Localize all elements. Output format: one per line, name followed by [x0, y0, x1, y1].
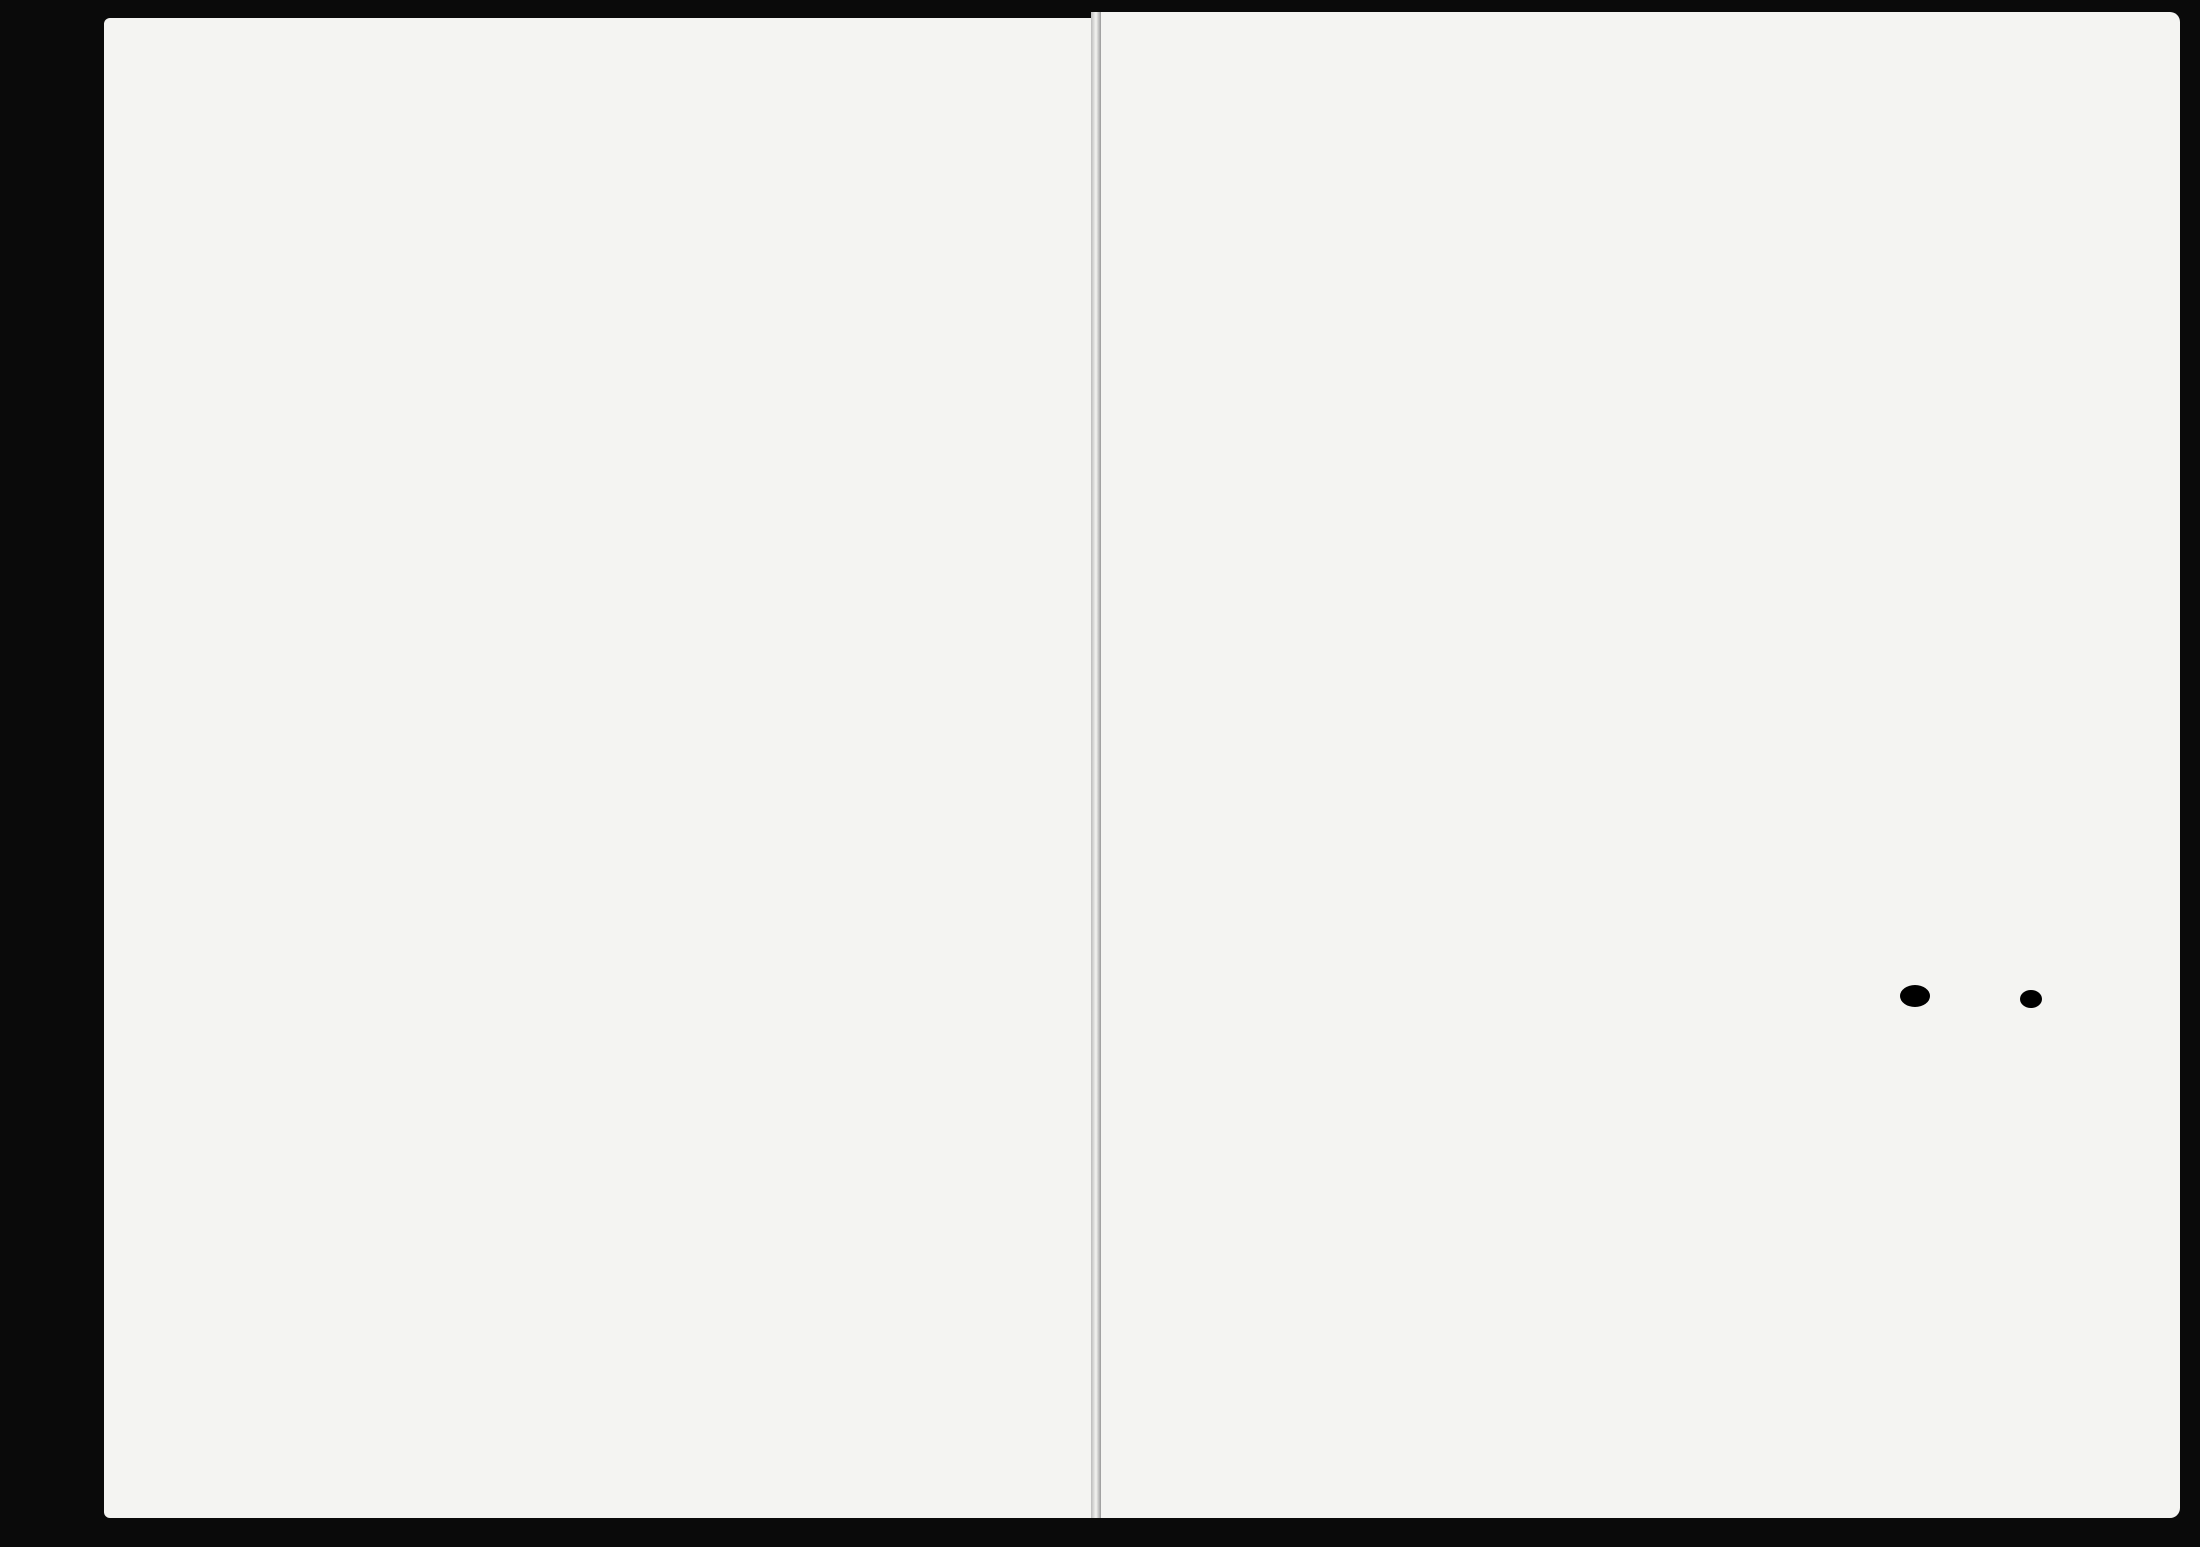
ink-blot	[2020, 990, 2042, 1008]
left-page	[104, 18, 1094, 1518]
ink-blot	[1900, 985, 1930, 1007]
book-gutter	[1091, 12, 1101, 1518]
right-page	[1098, 12, 2180, 1518]
